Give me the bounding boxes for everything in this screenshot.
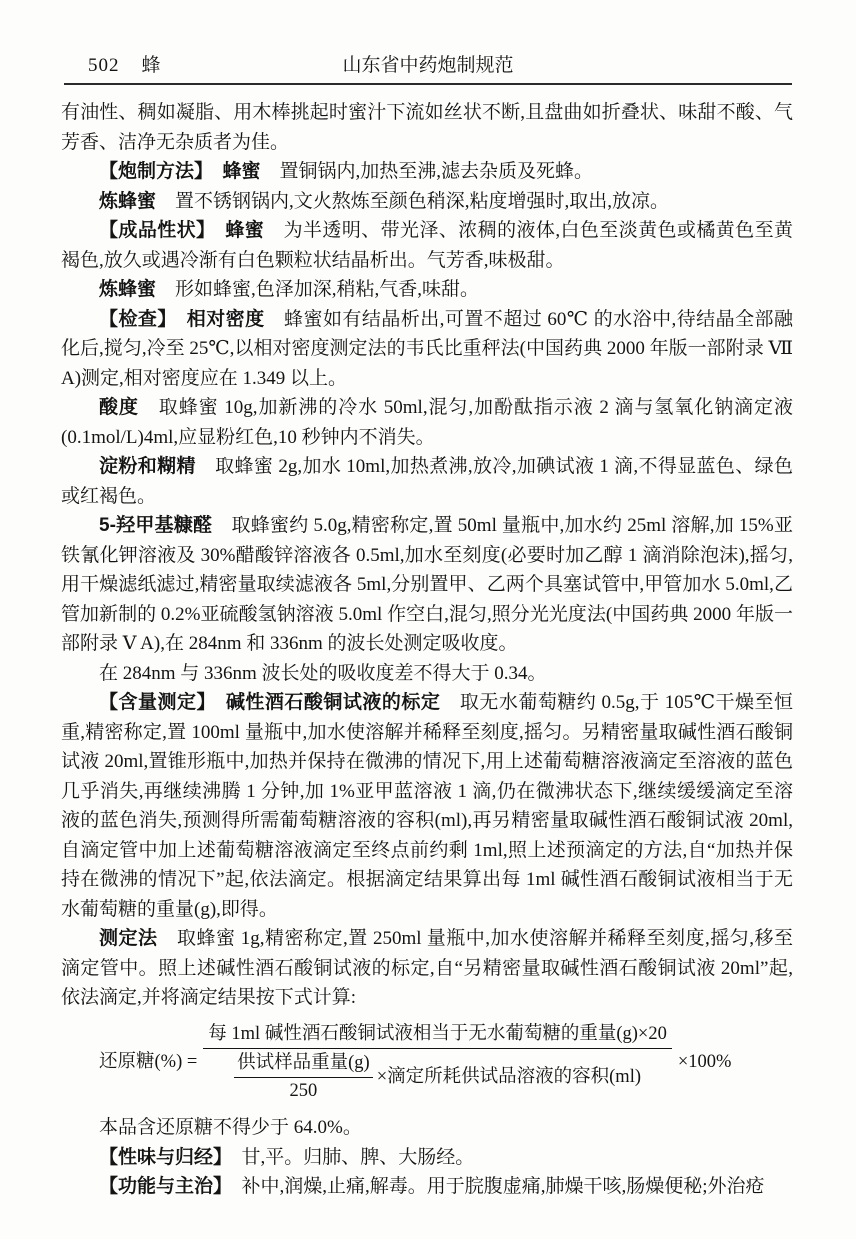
chapter-word: 蜂 [142, 55, 162, 76]
paragraph-nature-and-meridian: 【性味与归经】 甘,平。归肺、脾、大肠经。 [61, 1143, 793, 1173]
paragraph-text: 置铜锅内,加热至沸,滤去杂质及死蜂。 [261, 161, 594, 182]
section-label: 5-羟甲基糠醛 [99, 515, 212, 536]
paragraph-refined-honey-method: 炼蜂蜜 置不锈钢锅内,文火熬炼至颜色稍深,粘度增强时,取出,放凉。 [61, 187, 793, 217]
formula-sub-fraction: 供试样品重量(g) 250 [234, 1051, 373, 1104]
section-label: 【成品性状】 蜂蜜 [99, 220, 264, 241]
paragraph-reducing-sugar-limit: 本品含还原糖不得少于 64.0%。 [61, 1113, 793, 1143]
formula-denominator-suffix: ×滴定所耗供试品溶液的容积(ml) [377, 1065, 641, 1090]
paragraph-text: 取无水葡萄糖约 0.5g,于 105℃干燥至恒重,精密称定,置 100ml 量瓶… [61, 692, 793, 920]
section-label: 淀粉和糊精 [99, 456, 196, 477]
folio-group: 502蜂 [88, 54, 162, 78]
paragraph-text: 置不锈钢锅内,文火熬炼至颜色稍深,粘度增强时,取出,放凉。 [156, 191, 669, 212]
paragraph-starch-and-dextrin: 淀粉和糊精 取蜂蜜 2g,加水 10ml,加热煮沸,放冷,加碘试液 1 滴,不得… [61, 452, 793, 511]
section-label: 【功能与主治】 [99, 1176, 223, 1197]
paragraph-text: 形如蜂蜜,色泽加深,稍粘,气香,味甜。 [156, 279, 479, 300]
formula-rhs: ×100% [678, 1050, 732, 1075]
section-label: 【检查】 相对密度 [99, 309, 265, 330]
formula-sub-denominator: 250 [290, 1078, 318, 1104]
paragraph-text: 取蜂蜜 10g,加新沸的冷水 50ml,混匀,加酚酞指示液 2 滴与氢氧化钠滴定… [61, 397, 793, 448]
page-body: 有油性、稠如凝脂、用木棒挑起时蜜汁下流如丝状不断,且盘曲如折叠状、味甜不酸、气芳… [61, 98, 793, 1202]
page-number: 502 [88, 55, 120, 76]
paragraph-5-hydroxymethylfurfural: 5-羟甲基糠醛 取蜂蜜约 5.0g,精密称定,置 50ml 量瓶中,加水约 25… [61, 511, 793, 659]
section-label: 炼蜂蜜 [99, 279, 156, 300]
section-label: 【炮制方法】 蜂蜜 [99, 161, 261, 182]
paragraph-text: 甘,平。归肺、脾、大肠经。 [223, 1147, 475, 1168]
paragraph-acidity: 酸度 取蜂蜜 10g,加新沸的冷水 50ml,混匀,加酚酞指示液 2 滴与氢氧化… [61, 393, 793, 452]
formula-denominator: 供试样品重量(g) 250 ×滴定所耗供试品溶液的容积(ml) [234, 1049, 641, 1104]
reducing-sugar-formula: 还原糖(%) = 每 1ml 碱性酒石酸铜试液相当于无水葡萄糖的重量(g)×20… [99, 1022, 793, 1105]
book-page: 502蜂 山东省中药炮制规范 有油性、稠如凝脂、用木棒挑起时蜜汁下流如丝状不断,… [0, 0, 856, 1239]
paragraph-product-properties: 【成品性状】 蜂蜜 为半透明、带光泽、浓稠的液体,白色至淡黄色或橘黄色至黄褐色,… [61, 216, 793, 275]
paragraph-content-determination: 【含量测定】 碱性酒石酸铜试液的标定 取无水葡萄糖约 0.5g,于 105℃干燥… [61, 688, 793, 924]
paragraph-refined-honey-properties: 炼蜂蜜 形如蜂蜜,色泽加深,稍粘,气香,味甜。 [61, 275, 793, 305]
paragraph-text: 取蜂蜜 1g,精密称定,置 250ml 量瓶中,加水使溶解并稀释至刻度,摇匀,移… [61, 928, 793, 1008]
paragraph-description-continued: 有油性、稠如凝脂、用木棒挑起时蜜汁下流如丝状不断,且盘曲如折叠状、味甜不酸、气芳… [61, 98, 793, 157]
section-label: 【含量测定】 碱性酒石酸铜试液的标定 [99, 692, 440, 713]
paragraph-text: 补中,润燥,止痛,解毒。用于脘腹虚痛,肺燥干咳,肠燥便秘;外治疮 [223, 1176, 765, 1197]
paragraph-absorbance-limit: 在 284nm 与 336nm 波长处的吸收度差不得大于 0.34。 [61, 659, 793, 689]
paragraph-processing-method: 【炮制方法】 蜂蜜 置铜锅内,加热至沸,滤去杂质及死蜂。 [61, 157, 793, 187]
running-head: 502蜂 山东省中药炮制规范 [64, 0, 792, 78]
paragraph-text: 本品含还原糖不得少于 64.0%。 [99, 1117, 362, 1138]
formula-lhs: 还原糖(%) = [99, 1050, 197, 1075]
section-label: 【性味与归经】 [99, 1147, 223, 1168]
formula-main-fraction: 每 1ml 碱性酒石酸铜试液相当于无水葡萄糖的重量(g)×20 供试样品重量(g… [203, 1022, 672, 1105]
section-label: 炼蜂蜜 [99, 191, 156, 212]
paragraph-assay-method: 测定法 取蜂蜜 1g,精密称定,置 250ml 量瓶中,加水使溶解并稀释至刻度,… [61, 924, 793, 1013]
header-rule [64, 83, 792, 85]
formula-numerator: 每 1ml 碱性酒石酸铜试液相当于无水葡萄糖的重量(g)×20 [203, 1022, 672, 1050]
formula-sub-numerator: 供试样品重量(g) [234, 1051, 373, 1078]
paragraph-check-relative-density: 【检查】 相对密度 蜂蜜如有结晶析出,可置不超过 60℃ 的水浴中,待结晶全部融… [61, 305, 793, 394]
section-label: 测定法 [99, 928, 158, 949]
paragraph-text: 在 284nm 与 336nm 波长处的吸收度差不得大于 0.34。 [99, 663, 547, 684]
paragraph-text: 有油性、稠如凝脂、用木棒挑起时蜜汁下流如丝状不断,且盘曲如折叠状、味甜不酸、气芳… [61, 102, 793, 153]
paragraph-function-and-indication: 【功能与主治】 补中,润燥,止痛,解毒。用于脘腹虚痛,肺燥干咳,肠燥便秘;外治疮 [61, 1172, 793, 1202]
section-label: 酸度 [99, 397, 139, 418]
book-title: 山东省中药炮制规范 [342, 54, 513, 78]
